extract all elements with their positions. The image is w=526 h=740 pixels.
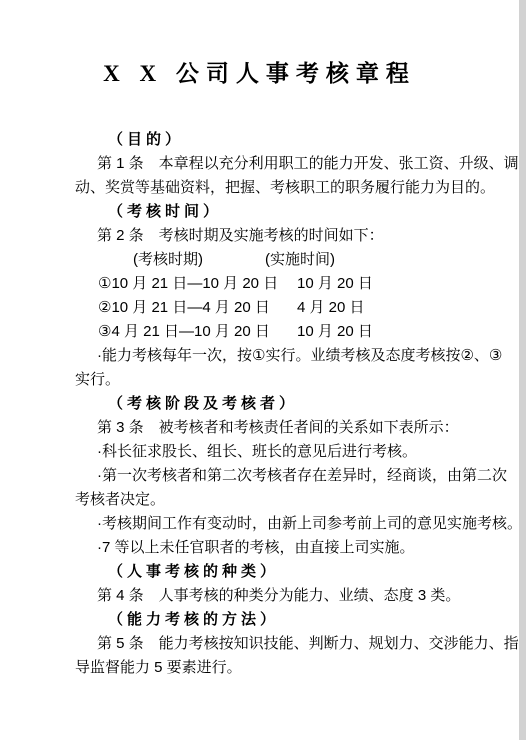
article-1-line-1: 第 1 条 本章程以充分利用职工的能力开发、张工资、升级、调 xyxy=(0,152,519,176)
article-2-note-line-2: 实行。 xyxy=(0,368,519,392)
article-2-line-1: 第 2 条 考核时期及实施考核的时间如下： xyxy=(0,224,519,248)
article-2-note-line-1: ·能力考核每年一次，按①实行。业绩考核及态度考核按②、③ xyxy=(0,344,519,368)
article-5-line-1: 第 5 条 能力考核按知识技能、判断力、规划力、交涉能力、指 xyxy=(0,632,519,656)
section-heading-schedule: （考核时间） xyxy=(0,200,519,224)
schedule-header-row: (考核时期) (实施时间) xyxy=(0,248,519,272)
article-3-bullet-2-line-2: 考核者决定。 xyxy=(0,488,519,512)
schedule-row-1-implement: 10 月 20 日 xyxy=(297,272,373,296)
schedule-row-2-period: ②10 月 21 日—4 月 20 日 xyxy=(98,296,297,320)
section-heading-ability-method: （能力考核的方法） xyxy=(0,608,519,632)
article-3-bullet-3: ·考核期间工作有变动时，由新上司参考前上司的意见实施考核。 xyxy=(0,512,519,536)
schedule-row-3-implement: 10 月 20 日 xyxy=(297,320,373,344)
document-body: （目的） 第 1 条 本章程以充分利用职工的能力开发、张工资、升级、调 动、奖赏… xyxy=(0,128,519,680)
section-heading-purpose: （目的） xyxy=(0,128,519,152)
article-1-line-2: 动、奖赏等基础资料，把握、考核职工的职务履行能力为目的。 xyxy=(0,176,519,200)
document-page: X X 公司人事考核章程 （目的） 第 1 条 本章程以充分利用职工的能力开发、… xyxy=(0,0,526,740)
article-3-bullet-2-line-1: ·第一次考核者和第二次考核者存在差异时，经商谈，由第二次 xyxy=(0,464,519,488)
schedule-row-1-period: ①10 月 21 日—10 月 20 日 xyxy=(98,272,297,296)
article-3-bullet-4: ·7 等以上未任官职者的考核，由直接上司实施。 xyxy=(0,536,519,560)
schedule-row-1: ①10 月 21 日—10 月 20 日 10 月 20 日 xyxy=(0,272,519,296)
section-heading-types: （人事考核的种类） xyxy=(0,560,519,584)
schedule-row-2-implement: 4 月 20 日 xyxy=(297,296,365,320)
schedule-row-3: ③4 月 21 日—10 月 20 日 10 月 20 日 xyxy=(0,320,519,344)
schedule-header-implement: (实施时间) xyxy=(265,248,335,272)
article-4-line-1: 第 4 条 人事考核的种类分为能力、业绩、态度 3 类。 xyxy=(0,584,519,608)
article-5-line-2: 导监督能力 5 要素进行。 xyxy=(0,656,519,680)
article-3-line-1: 第 3 条 被考核者和考核责任者间的关系如下表所示： xyxy=(0,416,519,440)
document-title: X X 公司人事考核章程 xyxy=(0,58,519,90)
schedule-header-period: (考核时期) xyxy=(133,248,265,272)
schedule-row-2: ②10 月 21 日—4 月 20 日 4 月 20 日 xyxy=(0,296,519,320)
page-edge-strip xyxy=(519,0,526,740)
article-3-bullet-1: ·科长征求股长、组长、班长的意见后进行考核。 xyxy=(0,440,519,464)
schedule-row-3-period: ③4 月 21 日—10 月 20 日 xyxy=(98,320,297,344)
section-heading-stages: （考核阶段及考核者） xyxy=(0,392,519,416)
